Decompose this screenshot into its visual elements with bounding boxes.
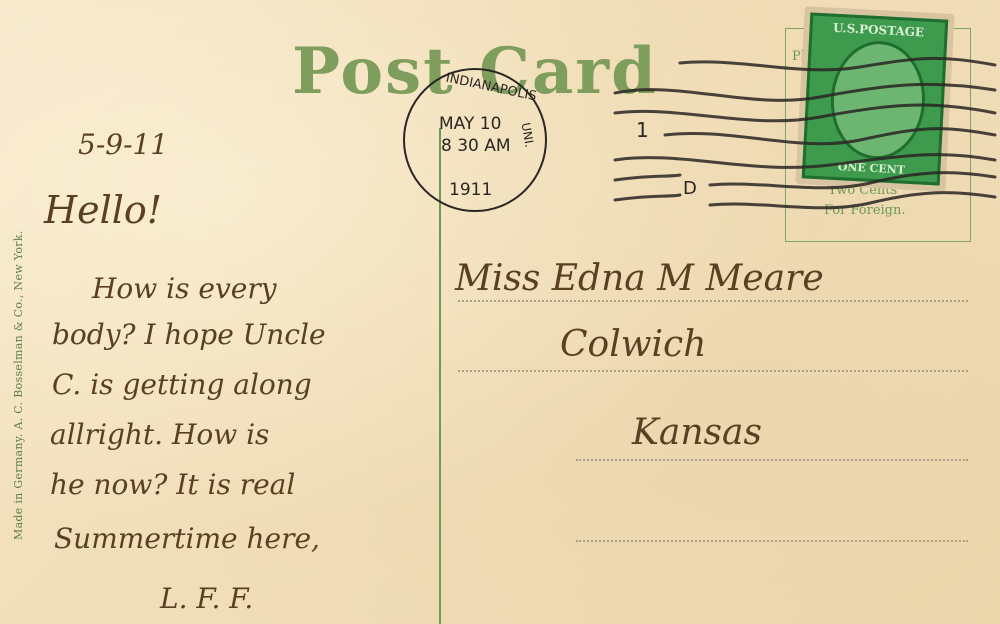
address-rule [576,459,968,461]
address-line-city: Colwich [560,324,706,365]
message-line: C. is getting along [52,368,312,401]
postmark-date: MAY 10 [439,114,501,134]
postmark-station: UNI. [518,121,536,148]
cancel-mark-1: 1 [636,118,649,142]
address-rule [458,300,968,302]
address-rule [576,540,968,542]
stamp-top-label: U.S.POSTAGE [812,20,945,41]
message-date: 5-9-11 [78,128,168,161]
message-line: body? I hope Uncle [52,318,326,351]
address-rule [458,370,968,372]
cancel-mark-d: D [683,178,697,199]
address-line-name: Miss Edna M Meare [455,258,824,299]
message-signature: L. F. F. [160,582,253,615]
message-line: allright. How is [50,418,269,451]
message-line: Summertime here, [54,522,320,555]
publisher-imprint: Made in Germany. A. C. Bosselman & Co., … [12,230,25,540]
cancellation-lines-icon [600,55,1000,225]
message-greeting: Hello! [44,188,162,232]
postmark-circle: INDIANAPOLIS MAY 10 8 30 AM 1911 UNI. [403,68,547,212]
message-line: he now? It is real [50,468,295,501]
postmark-year: 1911 [449,180,492,200]
address-line-state: Kansas [632,412,762,453]
message-line: How is every [92,272,277,305]
postmark-time: 8 30 AM [441,136,511,156]
postcard-back: Made in Germany. A. C. Bosselman & Co., … [0,0,1000,624]
